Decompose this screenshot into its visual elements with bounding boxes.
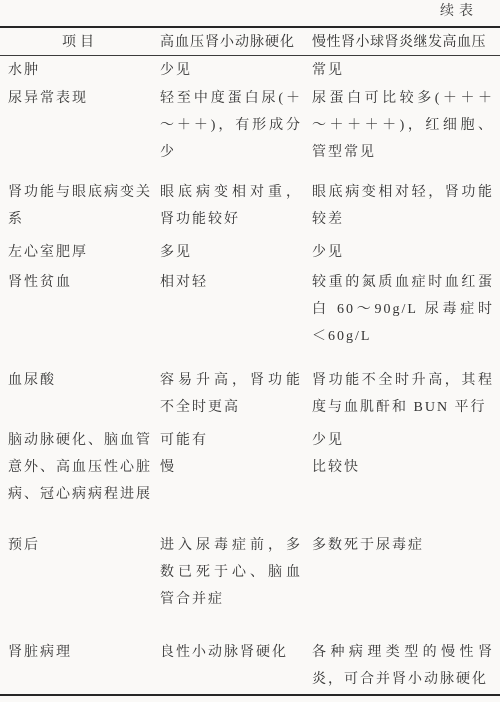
table-row: 血尿酸 容易升高，肾功能不全时更高 肾功能不全时升高，其程度与血肌酐和 BUN … [0, 367, 500, 421]
hbp-nephrosclerosis-cell: 相对轻 [160, 269, 302, 296]
hbp-nephrosclerosis-cell: 眼底病变相对重，肾功能较好 [160, 179, 302, 233]
item-cell: 肾功能与眼底病变关系 [8, 179, 152, 233]
cgn-hypertension-cell: 少见 比较快 [312, 427, 494, 481]
cgn-hypertension-cell: 各种病理类型的慢性肾炎，可合并肾小动脉硬化 [312, 639, 494, 693]
item-cell: 左心室肥厚 [8, 239, 152, 266]
cgn-hypertension-cell: 眼底病变相对轻，肾功能较差 [312, 179, 494, 233]
table-row: 脑动脉硬化、脑血管意外、高血压性心脏病、冠心病病程进展 可能有 慢 少见 比较快 [0, 427, 500, 508]
cell-line: 比较快 [312, 454, 494, 481]
cgn-hypertension-cell: 常见 [312, 57, 494, 84]
book-page: 续表 项目 高血压肾小动脉硬化 慢性肾小球肾炎继发高血压 水肿 少见 常见 尿异… [0, 0, 500, 702]
item-cell: 肾性贫血 [8, 269, 152, 296]
table-row: 肾性贫血 相对轻 较重的氮质血症时血红蛋白 60～90g/L 尿毒症时＜60g/… [0, 269, 500, 350]
table-row: 肾功能与眼底病变关系 眼底病变相对重，肾功能较好 眼底病变相对轻，肾功能较差 [0, 179, 500, 233]
item-cell: 血尿酸 [8, 367, 152, 394]
header-item: 项目 [8, 35, 152, 50]
table-row: 肾脏病理 良性小动脉肾硬化 各种病理类型的慢性肾炎，可合并肾小动脉硬化 [0, 639, 500, 693]
hbp-nephrosclerosis-cell: 轻至中度蛋白尿(＋～＋＋)，有形成分少 [160, 85, 302, 166]
table-row: 尿异常表现 轻至中度蛋白尿(＋～＋＋)，有形成分少 尿蛋白可比较多(＋＋＋～＋＋… [0, 85, 500, 166]
item-cell: 尿异常表现 [8, 85, 152, 112]
item-cell: 肾脏病理 [8, 639, 152, 666]
table-bottom-rule [0, 694, 500, 696]
cgn-hypertension-cell: 肾功能不全时升高，其程度与血肌酐和 BUN 平行 [312, 367, 494, 421]
item-cell: 脑动脉硬化、脑血管意外、高血压性心脏病、冠心病病程进展 [8, 427, 152, 508]
cgn-hypertension-cell: 尿蛋白可比较多(＋＋＋～＋＋＋＋)，红细胞、管型常见 [312, 85, 494, 166]
cgn-hypertension-cell: 较重的氮质血症时血红蛋白 60～90g/L 尿毒症时＜60g/L [312, 269, 494, 350]
hbp-nephrosclerosis-cell: 良性小动脉肾硬化 [160, 639, 302, 666]
header-nephritis-secondary-hypertension: 慢性肾小球肾炎继发高血压 [312, 35, 494, 50]
table-row: 预后 进入尿毒症前，多数已死于心、脑血管合并症 多数死于尿毒症 [0, 532, 500, 613]
table-row: 左心室肥厚 多见 少见 [0, 239, 500, 266]
hbp-nephrosclerosis-cell: 容易升高，肾功能不全时更高 [160, 367, 302, 421]
item-cell: 水肿 [8, 57, 152, 84]
hbp-nephrosclerosis-cell: 进入尿毒症前，多数已死于心、脑血管合并症 [160, 532, 302, 613]
continued-table-label: 续表 [0, 4, 478, 20]
table-header-rule [0, 55, 500, 56]
table-header-row: 项目 高血压肾小动脉硬化 慢性肾小球肾炎继发高血压 [0, 28, 500, 55]
table-row: 水肿 少见 常见 [0, 57, 500, 84]
cgn-hypertension-cell: 多数死于尿毒症 [312, 532, 494, 559]
hbp-nephrosclerosis-cell: 多见 [160, 239, 302, 266]
cell-line: 少见 [312, 427, 494, 454]
header-hypertensive-nephrosclerosis: 高血压肾小动脉硬化 [160, 35, 302, 50]
cell-line: 可能有 [160, 427, 302, 454]
cgn-hypertension-cell: 少见 [312, 239, 494, 266]
hbp-nephrosclerosis-cell: 少见 [160, 57, 302, 84]
cell-line: 慢 [160, 454, 302, 481]
hbp-nephrosclerosis-cell: 可能有 慢 [160, 427, 302, 481]
item-cell: 预后 [8, 532, 152, 559]
